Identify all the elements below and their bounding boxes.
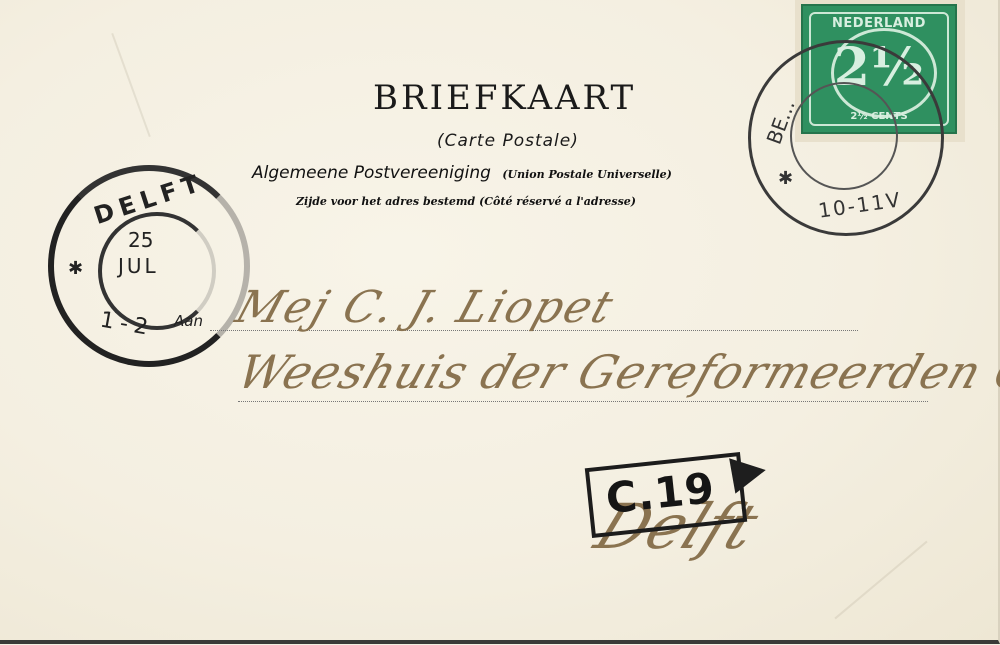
handwritten-recipient: Mej C. J. Liopet <box>230 282 621 333</box>
union-line: Algemeene Postvereeniging (Union Postale… <box>252 163 672 183</box>
union-french: (Union Postale Universelle) <box>502 168 672 181</box>
postcard: BRIEFKAART (Carte Postale) Algemeene Pos… <box>0 0 1000 644</box>
handwritten-address: Weeshuis der Gereformeerden Oude Delft <box>231 345 1000 399</box>
star-icon: ✱ <box>778 168 793 189</box>
pointer-mark-icon <box>729 452 769 493</box>
postmark-right-inner-ring <box>790 82 898 190</box>
card-subtitle: (Carte Postale) <box>437 131 579 151</box>
postmark-left-month: JUL <box>118 254 159 278</box>
paper-crease <box>111 33 151 137</box>
address-label: Aan <box>174 312 203 330</box>
box-stamp-label: C.19 <box>604 463 718 523</box>
union-dutch: Algemeene Postvereeniging <box>252 163 491 183</box>
address-line-2 <box>238 401 928 402</box>
stamp-country: NEDERLAND <box>803 16 955 31</box>
paper-crease <box>834 541 927 620</box>
address-side-note: Zijde voor het adres bestemd (Côté réser… <box>296 195 636 208</box>
star-icon: ✱ <box>68 258 83 279</box>
card-title: BRIEFKAART <box>373 78 636 118</box>
postmark-left-day: 25 <box>128 228 153 252</box>
